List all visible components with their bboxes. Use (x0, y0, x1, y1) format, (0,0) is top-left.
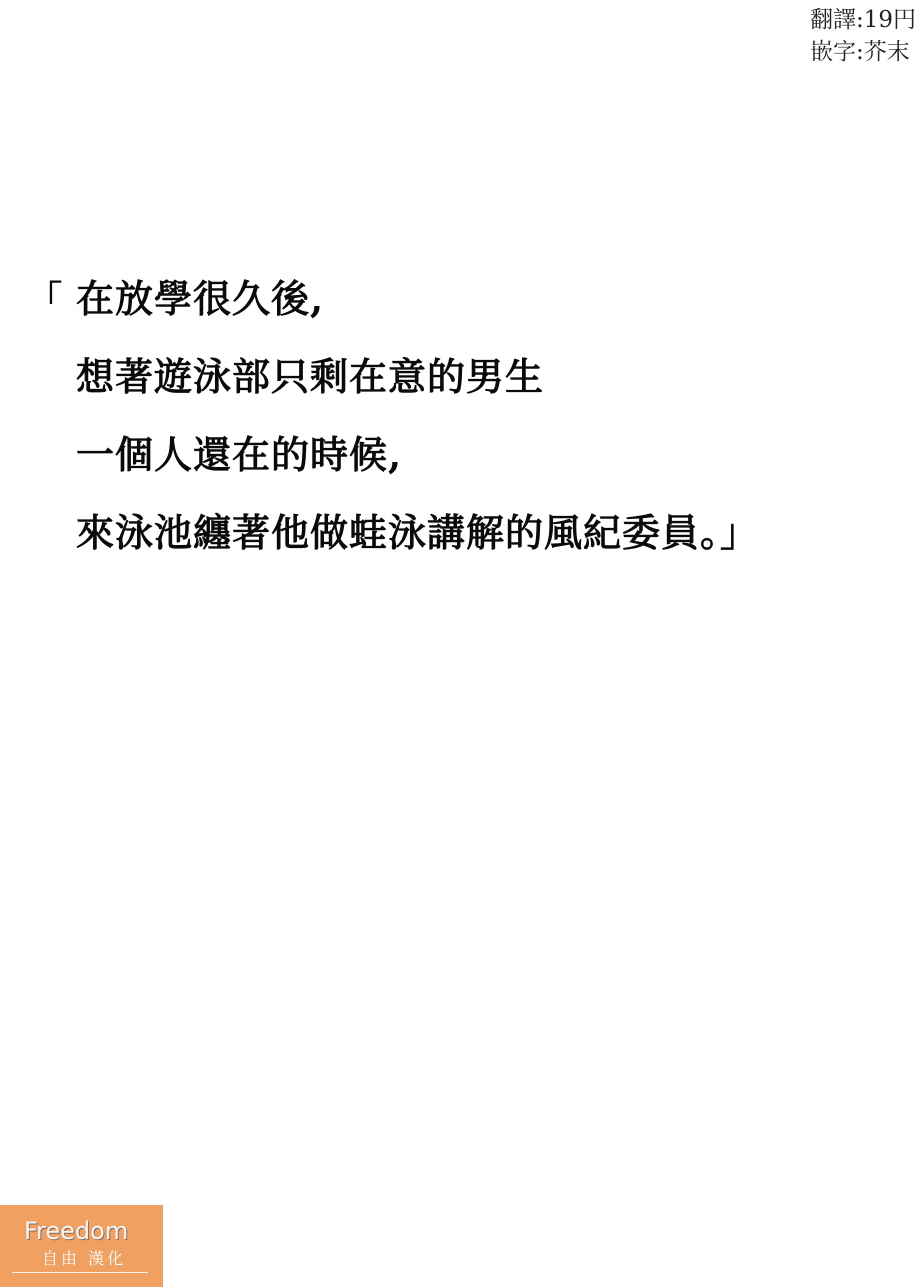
logo-underline (12, 1272, 148, 1273)
freedom-group-logo: Freedom 自由 漢化 (0, 1205, 163, 1287)
credits-block: 翻譯:19円 嵌字:芥末 (810, 4, 916, 68)
logo-english-text: Freedom (24, 1217, 128, 1245)
quote-line-2: 想著遊泳部只剩在意的男生 (28, 346, 759, 424)
quote-line-text: 想著遊泳部只剩在意的男生 (76, 354, 544, 399)
logo-chinese-text: 自由 漢化 (42, 1246, 126, 1269)
quote-line-text: 一個人還在的時候, (76, 432, 402, 477)
open-quote-bracket: 「 (28, 268, 63, 330)
quote-text: 「 在放學很久後, 想著遊泳部只剩在意的男生 一個人還在的時候, 來泳池纏著他做… (28, 268, 759, 580)
quote-line-1: 「 在放學很久後, (28, 268, 759, 346)
quote-line-text: 在放學很久後, (76, 276, 324, 321)
quote-line-4: 來泳池纏著他做蛙泳講解的風紀委員。」 (28, 502, 759, 580)
typesetting-credit: 嵌字:芥末 (810, 36, 916, 68)
translation-credit: 翻譯:19円 (810, 4, 916, 36)
quote-line-3: 一個人還在的時候, (28, 424, 759, 502)
quote-line-text: 來泳池纏著他做蛙泳講解的風紀委員。」 (76, 510, 759, 555)
